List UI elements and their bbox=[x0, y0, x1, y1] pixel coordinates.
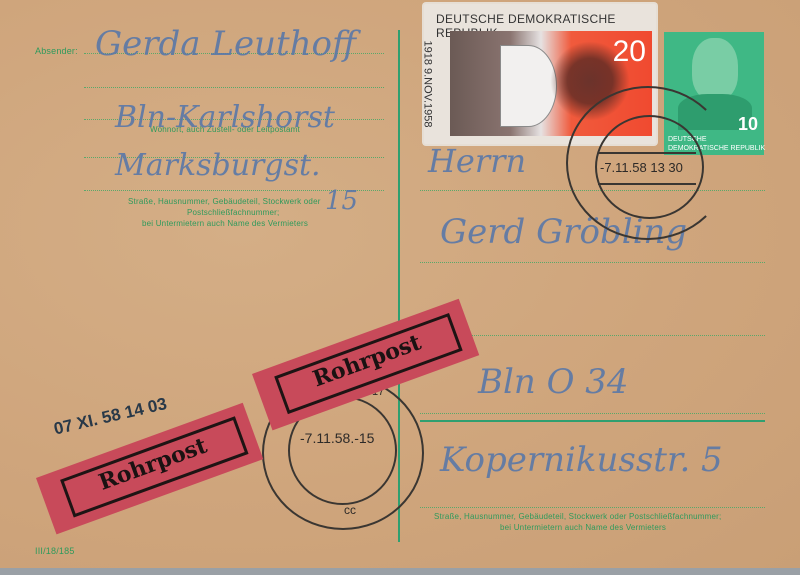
recipient-city-handwritten: Bln O 34 bbox=[478, 362, 629, 402]
postmark-2-bottom: cc bbox=[344, 503, 356, 517]
portrait-head bbox=[692, 38, 738, 100]
scan-edge bbox=[0, 568, 800, 575]
recipient-street-hint-2: bei Untermietern auch Name des Vermieter… bbox=[500, 523, 666, 532]
sender-line-2 bbox=[84, 87, 384, 88]
sender-street-hint-1: Straße, Hausnummer, Gebäudeteil, Stockwe… bbox=[128, 197, 321, 206]
recipient-line-4 bbox=[420, 413, 765, 414]
arrival-date-stamp: 07 XI. 58 14 03 bbox=[52, 394, 169, 439]
sender-street-hint-3: bei Untermietern auch Name des Vermieter… bbox=[142, 219, 308, 228]
stamp-value: 20 bbox=[613, 35, 646, 69]
stamp-side-text: 1918 9.NOV.1958 bbox=[426, 32, 446, 140]
postmark-bar-bottom bbox=[598, 183, 696, 185]
sender-street-hint-2: Postschließfachnummer; bbox=[187, 208, 279, 217]
postmark-bar-top bbox=[598, 152, 696, 154]
recipient-street-handwritten: Kopernikusstr. 5 bbox=[440, 440, 723, 480]
helmet-shape bbox=[500, 45, 557, 127]
recipient-solid-line bbox=[420, 420, 765, 422]
recipient-street-hint-1: Straße, Hausnummer, Gebäudeteil, Stockwe… bbox=[434, 512, 721, 521]
footer-code: III/18/185 bbox=[35, 546, 75, 556]
recipient-line-2 bbox=[420, 262, 765, 263]
postmark-2-date: -7.11.58.-15 bbox=[300, 430, 374, 446]
recipient-salutation-handwritten: Herrn bbox=[428, 142, 526, 180]
indicium-value: 10 bbox=[738, 114, 758, 135]
sender-name-handwritten: Gerda Leuthoff bbox=[95, 24, 356, 64]
sender-number-handwritten: 15 bbox=[325, 186, 358, 216]
postmark-date: -7.11.58 13 30 bbox=[600, 160, 683, 175]
postcard: Absender: Wohnort, auch Zustell- oder Le… bbox=[0, 0, 800, 568]
sender-street-handwritten: Marksburgst. bbox=[115, 148, 321, 183]
sender-city-handwritten: Bln-Karlshorst bbox=[115, 100, 335, 135]
sender-label: Absender: bbox=[35, 46, 78, 56]
recipient-line-5 bbox=[420, 507, 765, 508]
